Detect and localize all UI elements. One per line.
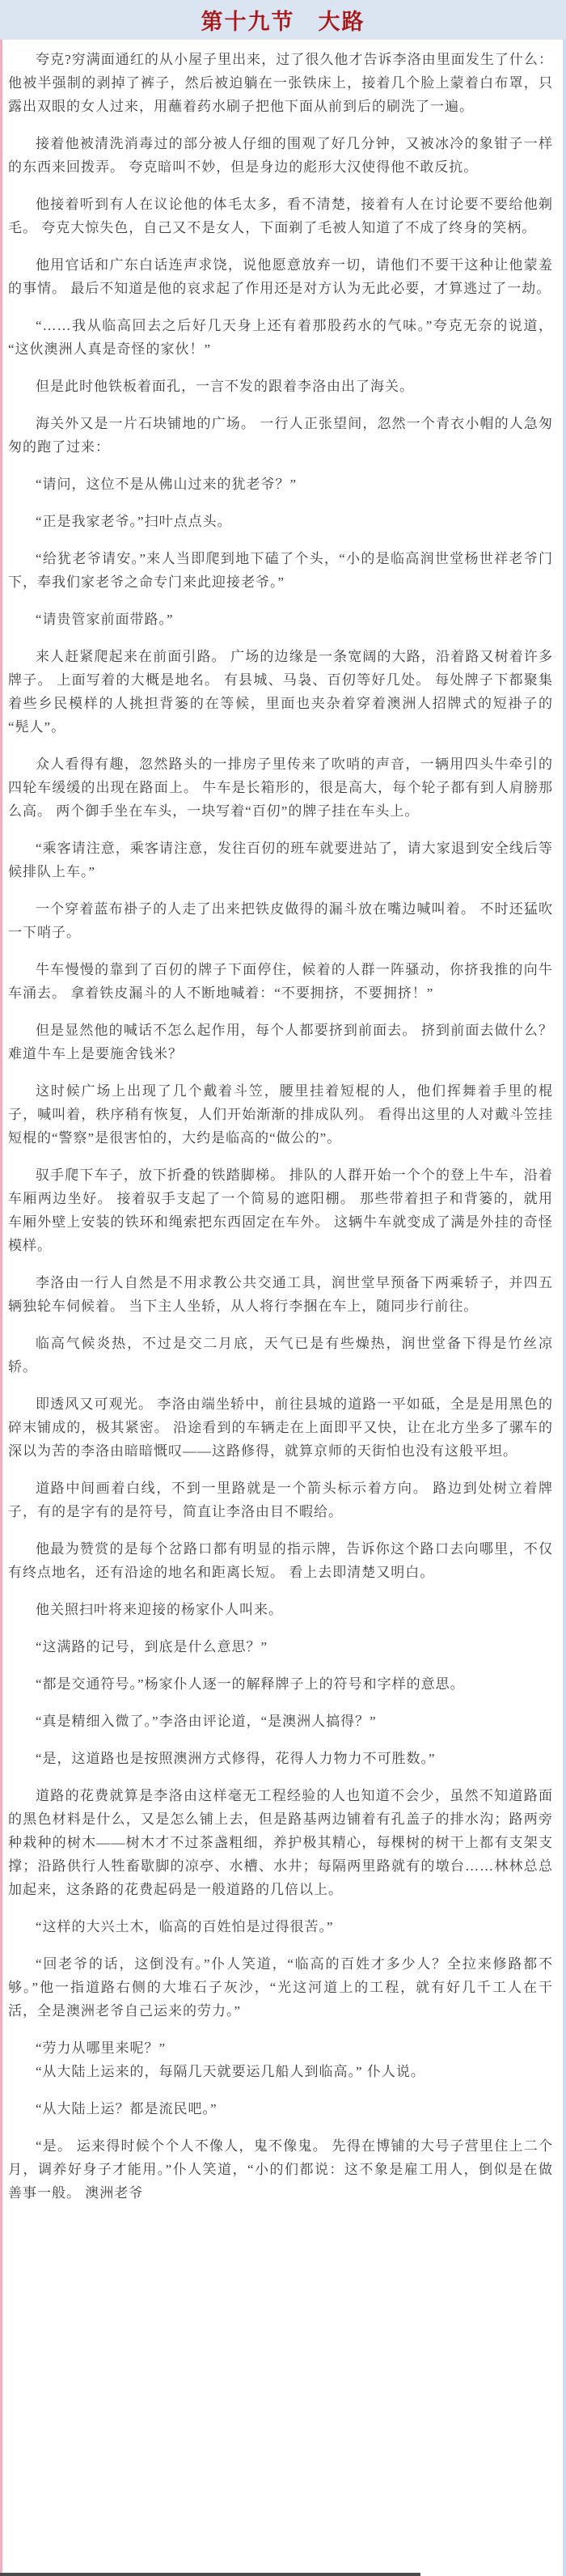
paragraph: “劳力从哪里来呢？”: [8, 2036, 553, 2060]
paragraph: “从大陆上运来的，每隔几天就要运几船人到临高。” 仆人说。: [8, 2060, 553, 2083]
paragraph: 李洛由一行人自然是不用求教公共交通工具，润世堂早预备下两乘轿子，并四五辆独轮车伺…: [8, 1271, 553, 1318]
paragraph: 海关外又是一片石块铺地的广场。 一行人正张望间，忽然一个青衣小帽的人急匆匆的跑了…: [8, 412, 553, 459]
paragraph: 夸克?穷满面通红的从小屋子里出来，过了很久他才告诉李洛由里面发生了什么：他被半强…: [8, 48, 553, 118]
paragraph: 即透风又可观光。 李洛由端坐轿中，前往县城的道路一平如砥，全是是用黑色的碎末铺成…: [8, 1392, 553, 1463]
paragraph: 这时候广场上出现了几个戴着斗笠，腰里挂着短棍的人，他们挥舞着手里的棍子，喊叫着，…: [8, 1079, 553, 1150]
paragraph: 道路的花费就算是李洛由这样毫无工程经验的人也知道不会少，虽然不知道路面的黑色材料…: [8, 1784, 553, 1901]
scan-edge-right: [563, 40, 566, 2576]
paragraph: 临高气候炎热，不过是交二月底，天气已是有些燥热，润世堂备下得是竹丝凉轿。: [8, 1332, 553, 1379]
paragraph: 他最为赞赏的是每个岔路口都有明显的指示牌，告诉你这个路口去向哪里，不仅有终点地名…: [8, 1537, 553, 1584]
paragraph: 但是此时他铁板着面孔，一言不发的跟着李洛由出了海关。: [8, 375, 553, 398]
chapter-header: 第十九节 大路: [0, 0, 566, 40]
paragraph: 牛车慢慢的靠到了百仞的牌子下面停住，候着的人群一阵骚动，你挤我推的向牛车涌去。 …: [8, 958, 553, 1005]
paragraph: “是，这道路也是按照澳洲方式修得，花得人力物力不可胜数。”: [8, 1747, 553, 1770]
chapter-title: 第十九节 大路: [201, 4, 365, 36]
paragraph: “正是我家老爷。”扫叶点点头。: [8, 510, 553, 533]
paragraph: “都是交通符号。”杨家仆人逐一的解释牌子上的符号和字样的意思。: [8, 1672, 553, 1696]
paragraph: 但是显然他的喊话不怎么起作用，每个人都要挤到前面去。 挤到前面去做什么？难道牛车…: [8, 1019, 553, 1066]
paragraph: 一个穿着蓝布褂子的人走了出来把铁皮做得的漏斗放在嘴边喊叫着。 不时还猛吹一下哨子…: [8, 897, 553, 944]
paragraph: “请贵管家前面带路。”: [8, 608, 553, 631]
paragraph: “这满路的记号，到底是什么意思？”: [8, 1635, 553, 1659]
page: 第十九节 大路 夸克?穷满面通红的从小屋子里出来，过了很久他才告诉李洛由里面发生…: [0, 0, 566, 2576]
paragraph: 来人赶紧爬起来在前面引路。 广场的边缘是一条宽阔的大路，沿着路又树着许多牌子。 …: [8, 645, 553, 739]
paragraph: 他用官话和广东白话连声求饶，说他愿意放弃一切，请他们不要干这种让他蒙羞的事情。 …: [8, 253, 553, 300]
paragraph: 接着他被清洗消毒过的部分被人仔细的围观了好几分钟，又被冰冷的象钳子一样的东西来回…: [8, 132, 553, 179]
paragraph: 他接着听到有人在议论他的体毛太多，看不清楚，接着有人在讨论要不要给他剃毛。 夸克…: [8, 193, 553, 239]
paragraph: “给犹老爷请安。”来人当即爬到地下磕了个头，“小的是临高润世堂杨世祥老爷门下，奉…: [8, 547, 553, 594]
paragraph-list: 夸克?穷满面通红的从小屋子里出来，过了很久他才告诉李洛由里面发生了什么：他被半强…: [8, 48, 553, 2205]
paragraph: “回老爷的话，这倒没有。”仆人笑道，“临高的百姓才多少人？全拉来修路都不够。”他…: [8, 1952, 553, 2023]
paragraph: “真是精细入微了。”李洛由评论道，“是澳洲人搞得？”: [8, 1710, 553, 1733]
paragraph: “乘客请注意，乘客请注意，发往百仞的班车就要进站了，请大家退到安全线后等候排队上…: [8, 837, 553, 883]
paragraph: “请问，这位不是从佛山过来的犹老爷？”: [8, 472, 553, 496]
scan-edge-left: [0, 40, 2, 2576]
paragraph: “……我从临高回去之后好几天身上还有着那股药水的气味。”夸克无奈的说道，“这伙澳…: [8, 314, 553, 361]
paragraph: 他关照扫叶将来迎接的杨家仆人叫来。: [8, 1598, 553, 1621]
scan-edge-bottom: [0, 2573, 420, 2576]
paragraph: “是。 运来得时候个个人不像人，鬼不像鬼。 先得在博铺的大号子营里住上二个月，调…: [8, 2134, 553, 2205]
chapter-body: 夸克?穷满面通红的从小屋子里出来，过了很久他才告诉李洛由里面发生了什么：他被半强…: [0, 40, 566, 2227]
paragraph: 道路中间画着白线，不到一里路就是一个箭头标示着方向。 路边到处树立着牌子，有的是…: [8, 1477, 553, 1523]
paragraph: 众人看得有趣，忽然路头的一排房子里传来了吹哨的声音，一辆用四头牛牵引的四轮车缓缓…: [8, 752, 553, 823]
paragraph: “从大陆上运？都是流民吧。”: [8, 2097, 553, 2121]
paragraph: 驭手爬下车子，放下折叠的铁踏脚梯。 排队的人群开始一个个的登上牛车，沿着车厢两边…: [8, 1163, 553, 1257]
paragraph: “这样的大兴土木，临高的百姓怕是过得很苦。”: [8, 1915, 553, 1938]
